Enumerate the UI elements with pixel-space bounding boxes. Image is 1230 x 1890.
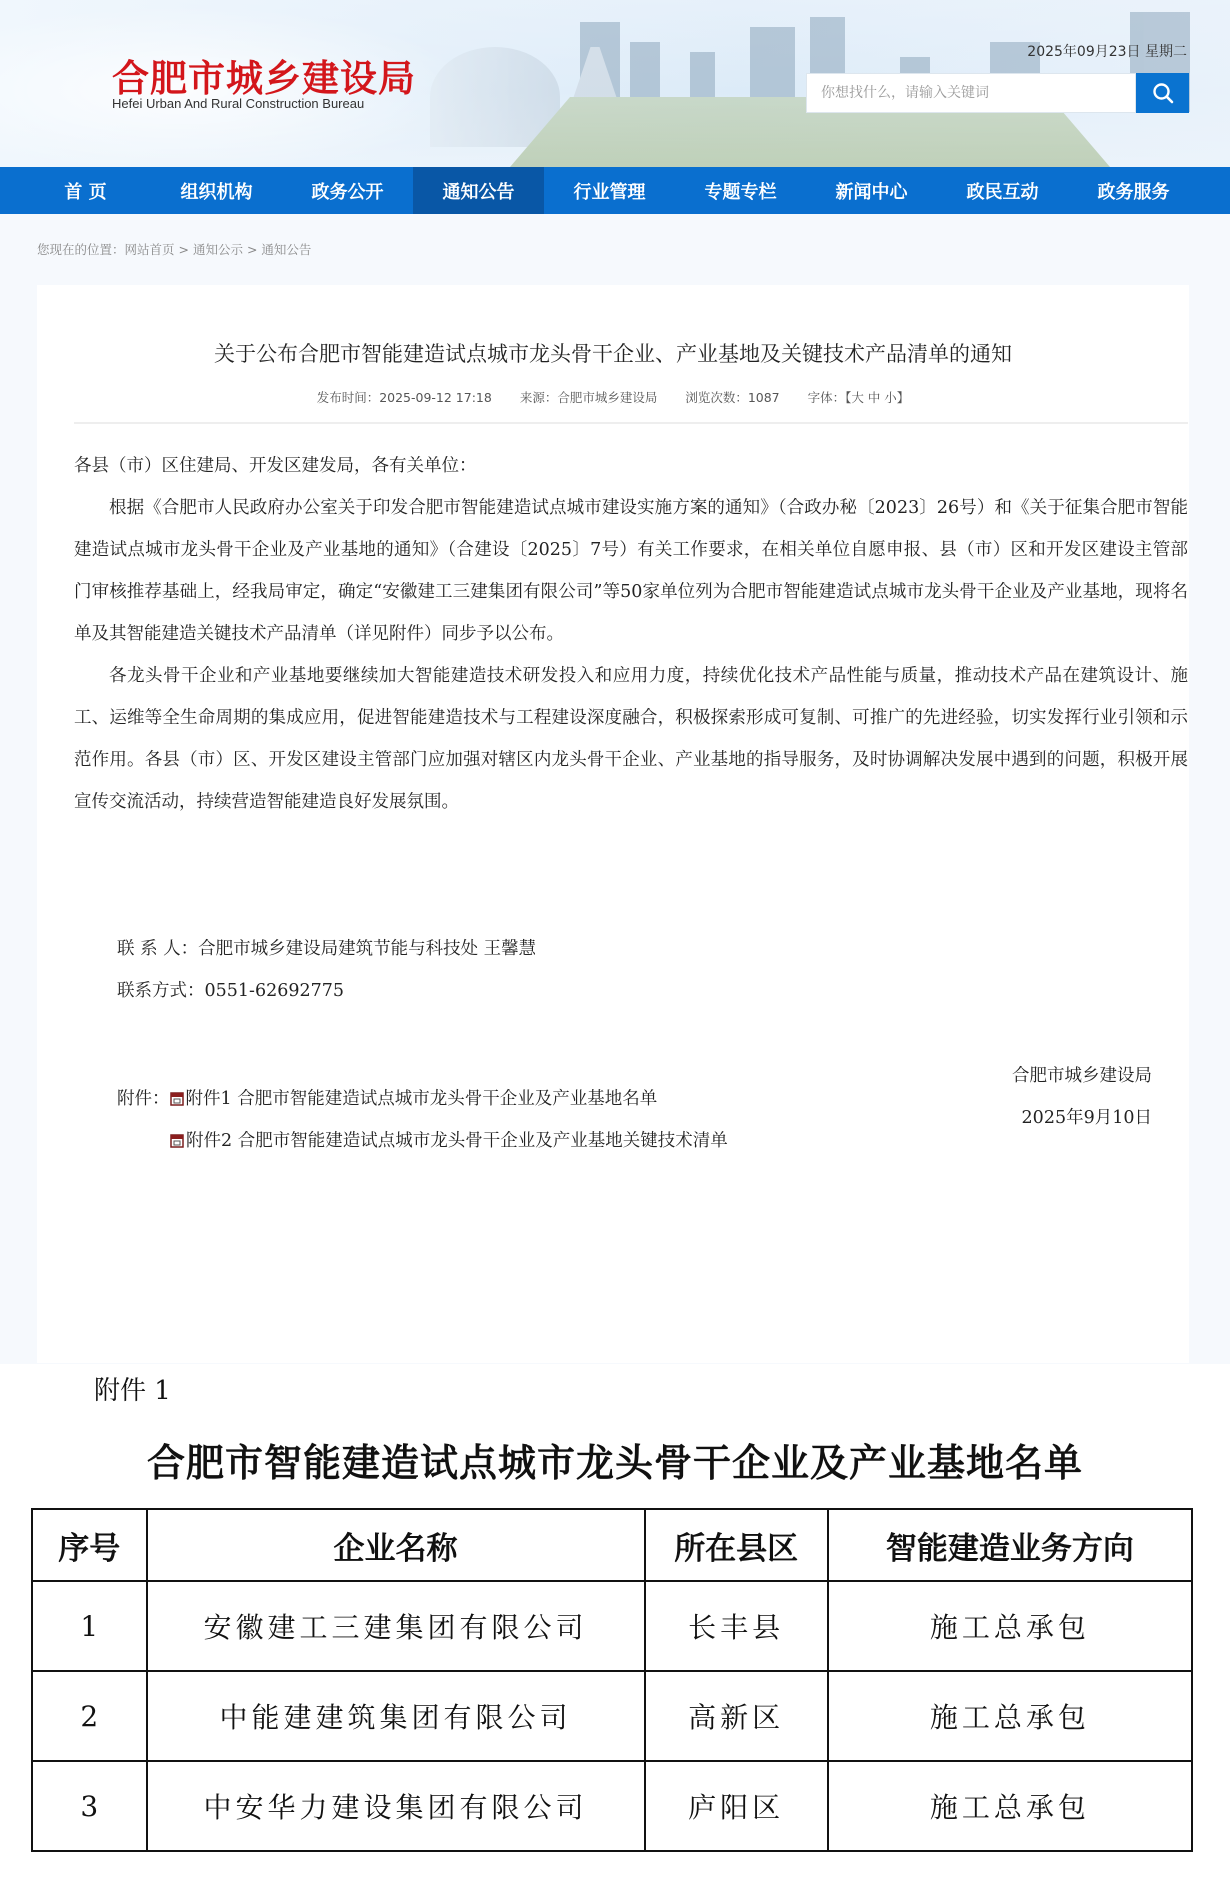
article-source: 来源：合肥市城乡建设局 — [520, 390, 658, 405]
breadcrumb-separator: > — [175, 242, 193, 257]
site-logo-subtitle: Hefei Urban And Rural Construction Burea… — [112, 96, 364, 111]
cell-index: 2 — [32, 1671, 147, 1761]
table-row: 2 中能建建筑集团有限公司 高新区 施工总承包 — [32, 1671, 1192, 1761]
cell-business: 施工总承包 — [828, 1581, 1192, 1671]
search-input[interactable] — [806, 73, 1136, 113]
article-title: 关于公布合肥市智能建造试点城市龙头骨干企业、产业基地及关键技术产品清单的通知 — [37, 338, 1189, 368]
attachments: 附件： 附件1 合肥市智能建造试点城市龙头骨干企业及产业基地名单 附件2 合肥市… — [117, 1078, 728, 1162]
main-nav: 首 页 组织机构 政务公开 通知公告 行业管理 专题专栏 新闻中心 政民互动 政… — [0, 167, 1230, 214]
cell-business: 施工总承包 — [828, 1761, 1192, 1851]
breadcrumb-link-home[interactable]: 网站首页 — [125, 242, 175, 257]
breadcrumb-separator: > — [243, 242, 261, 257]
table-row: 3 中安华力建设集团有限公司 庐阳区 施工总承包 — [32, 1761, 1192, 1851]
column-header-business: 智能建造业务方向 — [828, 1509, 1192, 1581]
article-meta: 发布时间：2025-09-12 17:18 来源：合肥市城乡建设局 浏览次数：1… — [37, 388, 1189, 406]
cell-company: 中安华力建设集团有限公司 — [147, 1761, 645, 1851]
breadcrumb-link-notices[interactable]: 通知公告 — [261, 242, 311, 257]
cell-index: 1 — [32, 1581, 147, 1671]
annex-table: 序号 企业名称 所在县区 智能建造业务方向 1 安徽建工三建集团有限公司 长丰县… — [31, 1508, 1193, 1852]
current-date: 2025年09月23日 星期二 — [1027, 41, 1187, 61]
cell-company: 安徽建工三建集团有限公司 — [147, 1581, 645, 1671]
cell-district: 高新区 — [645, 1671, 828, 1761]
nav-item-government-services[interactable]: 政务服务 — [1068, 167, 1199, 214]
site-logo-title[interactable]: 合肥市城乡建设局 — [112, 48, 416, 102]
file-icon — [170, 1092, 184, 1106]
attachments-label: 附件： — [117, 1078, 170, 1120]
salutation: 各县（市）区住建局、开发区建发局，各有关单位： — [74, 445, 1188, 487]
annex-label: 附件 1 — [94, 1370, 171, 1407]
file-icon — [170, 1134, 184, 1148]
attachment-name: 附件1 合肥市智能建造试点城市龙头骨干企业及产业基地名单 — [186, 1078, 658, 1120]
attachment-link-2[interactable]: 附件2 合肥市智能建造试点城市龙头骨干企业及产业基地关键技术清单 — [170, 1120, 728, 1162]
title-divider — [74, 422, 1188, 424]
search-icon — [1151, 81, 1175, 105]
search-button[interactable] — [1136, 73, 1189, 113]
signature: 合肥市城乡建设局 2025年9月10日 — [1012, 1055, 1152, 1139]
table-header-row: 序号 企业名称 所在县区 智能建造业务方向 — [32, 1509, 1192, 1581]
table-row: 1 安徽建工三建集团有限公司 长丰县 施工总承包 — [32, 1581, 1192, 1671]
article-body: 各县（市）区住建局、开发区建发局，各有关单位： 根据《合肥市人民政府办公室关于印… — [74, 445, 1188, 823]
contact-person: 联 系 人：合肥市城乡建设局建筑节能与科技处 王馨慧 — [117, 928, 536, 970]
nav-item-home[interactable]: 首 页 — [20, 167, 151, 214]
publish-time: 发布时间：2025-09-12 17:18 — [317, 390, 492, 405]
nav-item-organization[interactable]: 组织机构 — [151, 167, 282, 214]
nav-item-government-affairs[interactable]: 政务公开 — [282, 167, 413, 214]
body-paragraph: 根据《合肥市人民政府办公室关于印发合肥市智能建造试点城市建设实施方案的通知》（合… — [74, 487, 1188, 655]
breadcrumb: 您现在的位置：网站首页 > 通知公示 > 通知公告 — [37, 240, 311, 258]
cell-business: 施工总承包 — [828, 1671, 1192, 1761]
nav-item-public-interaction[interactable]: 政民互动 — [937, 167, 1068, 214]
contact-phone: 联系方式：0551-62692775 — [117, 970, 536, 1012]
column-header-index: 序号 — [32, 1509, 147, 1581]
body-paragraph: 各龙头骨干企业和产业基地要继续加大智能建造技术研发投入和应用力度，持续优化技术产… — [74, 655, 1188, 823]
signature-date: 2025年9月10日 — [1012, 1097, 1152, 1139]
nav-item-news-center[interactable]: 新闻中心 — [806, 167, 937, 214]
cell-district: 庐阳区 — [645, 1761, 828, 1851]
nav-item-notices[interactable]: 通知公告 — [413, 167, 544, 214]
nav-item-industry-management[interactable]: 行业管理 — [544, 167, 675, 214]
breadcrumb-link-notices-public[interactable]: 通知公示 — [193, 242, 243, 257]
column-header-company: 企业名称 — [147, 1509, 645, 1581]
cell-district: 长丰县 — [645, 1581, 828, 1671]
contact-info: 联 系 人：合肥市城乡建设局建筑节能与科技处 王馨慧 联系方式：0551-626… — [117, 928, 536, 1012]
annex-title: 合肥市智能建造试点城市龙头骨干企业及产业基地名单 — [0, 1432, 1230, 1487]
signature-org: 合肥市城乡建设局 — [1012, 1055, 1152, 1097]
article-card: 关于公布合肥市智能建造试点城市龙头骨干企业、产业基地及关键技术产品清单的通知 发… — [37, 285, 1189, 1363]
attachment-name: 附件2 合肥市智能建造试点城市龙头骨干企业及产业基地关键技术清单 — [186, 1120, 728, 1162]
column-header-district: 所在县区 — [645, 1509, 828, 1581]
site-header: 合肥市城乡建设局 Hefei Urban And Rural Construct… — [0, 0, 1230, 167]
font-size-control[interactable]: 字体：【大 中 小】 — [808, 390, 910, 405]
cell-company: 中能建建筑集团有限公司 — [147, 1671, 645, 1761]
view-count: 浏览次数：1087 — [685, 390, 779, 405]
nav-item-special-topics[interactable]: 专题专栏 — [675, 167, 806, 214]
attachment-link-1[interactable]: 附件1 合肥市智能建造试点城市龙头骨干企业及产业基地名单 — [170, 1078, 658, 1120]
breadcrumb-prefix: 您现在的位置： — [37, 242, 125, 257]
cell-index: 3 — [32, 1761, 147, 1851]
